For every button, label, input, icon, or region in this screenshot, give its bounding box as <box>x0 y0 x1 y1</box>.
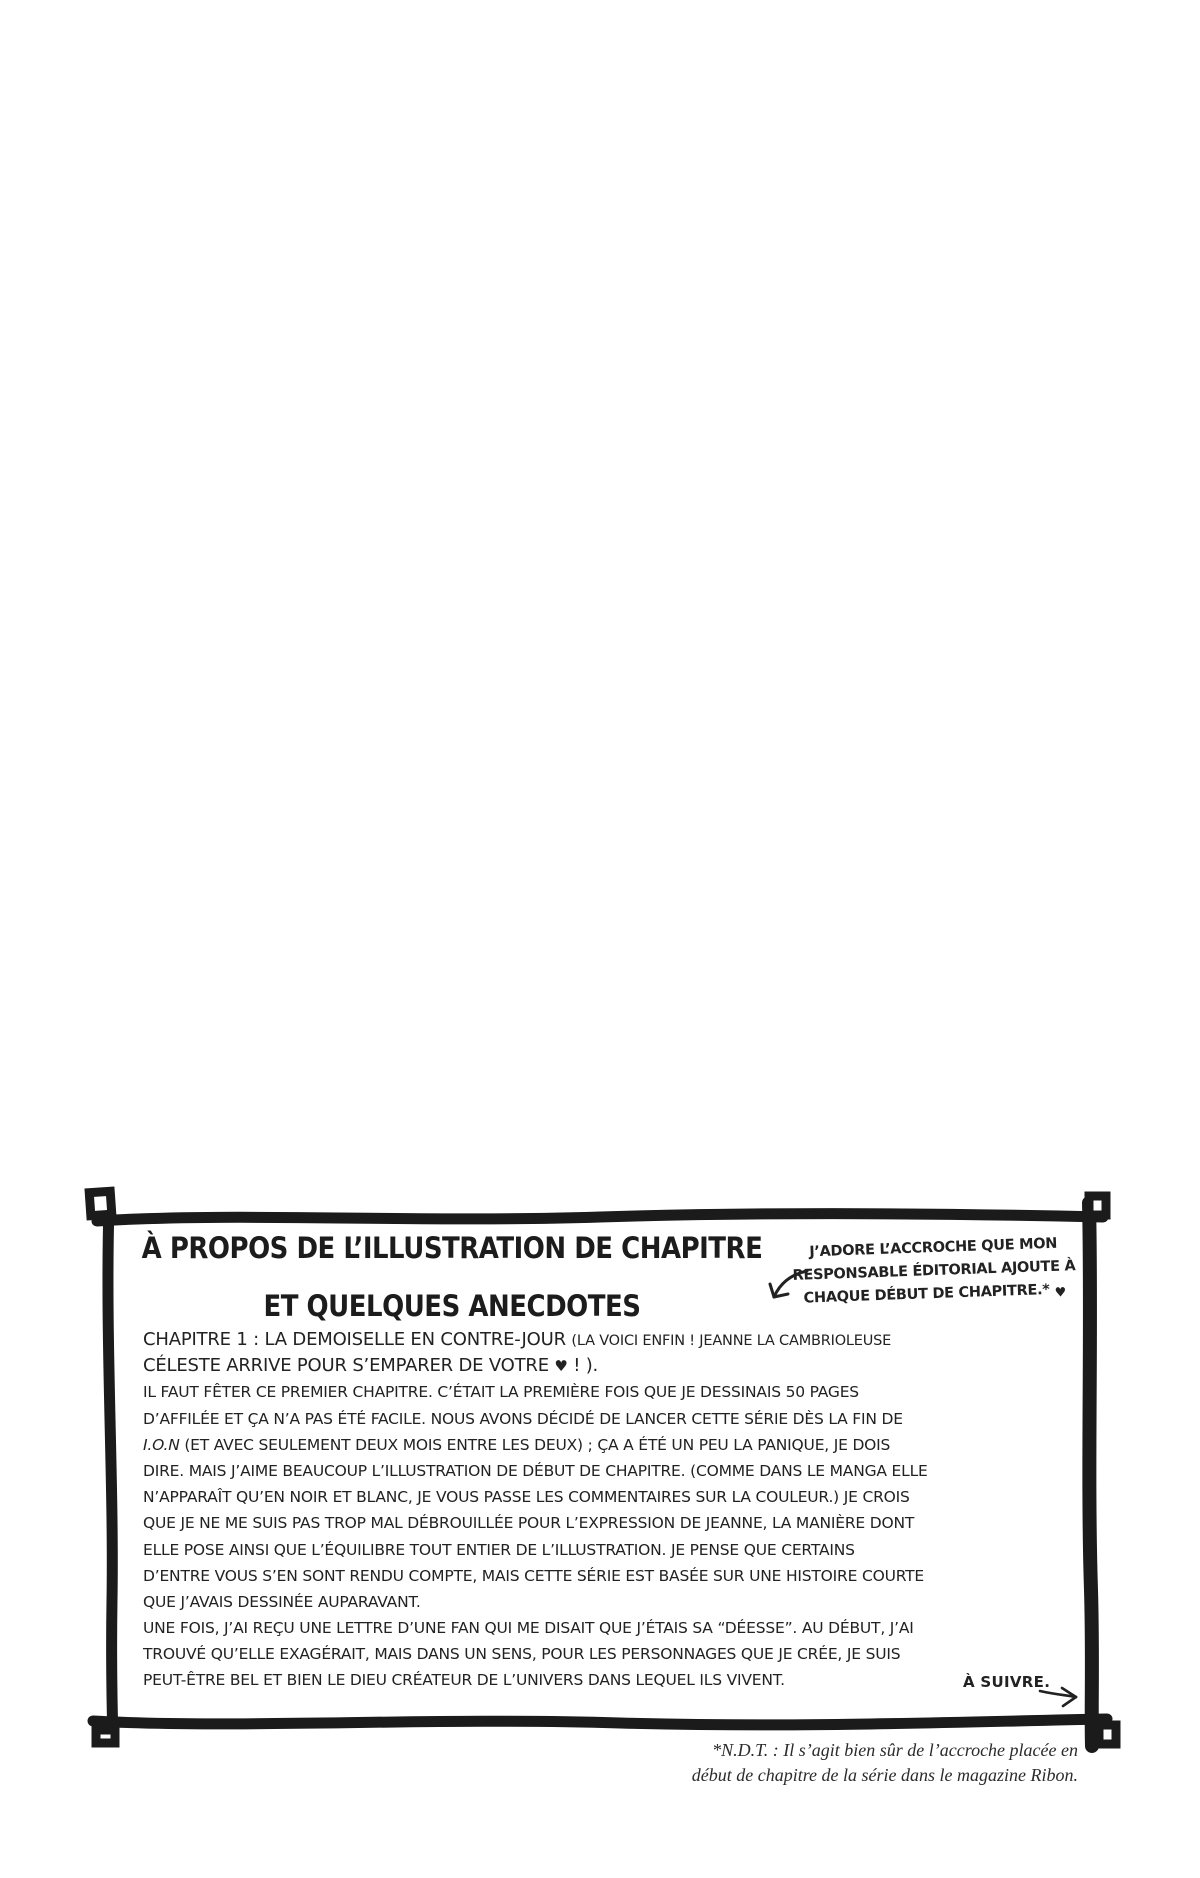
body-text-segment: TROUVÉ QU’ELLE EXAGÉRAIT, MAIS DANS UN S… <box>143 1645 900 1663</box>
body-text-segment: (ET AVEC SEULEMENT DEUX MOIS ENTRE LES D… <box>180 1436 891 1454</box>
body-text: CHAPITRE 1 : LA DEMOISELLE EN CONTRE-JOU… <box>143 1327 928 1694</box>
box-border-left <box>108 1205 113 1742</box>
box-border-bottom <box>93 1719 1107 1725</box>
body-text-segment: IL FAUT FÊTER CE PREMIER CHAPITRE. C’ÉTA… <box>143 1383 859 1401</box>
translator-footnote: *N.D.T. : Il s’agit bien sûr de l’accroc… <box>598 1738 1078 1788</box>
body-text-line: CHAPITRE 1 : LA DEMOISELLE EN CONTRE-JOU… <box>143 1327 928 1353</box>
body-text-segment: (LA VOICI ENFIN ! JEANNE LA CAMBRIOLEUSE <box>571 1333 891 1349</box>
page-title-line-1: À PROPOS DE L’ILLUSTRATION DE CHAPITRE <box>130 1232 774 1266</box>
body-text-segment: D’ENTRE VOUS S’EN SONT RENDU COMPTE, MAI… <box>143 1567 924 1585</box>
nail-top-right-icon <box>1089 1196 1106 1215</box>
body-text-segment: DIRE. MAIS J’AIME BEAUCOUP L’ILLUSTRATIO… <box>143 1462 928 1480</box>
body-text-line: ELLE POSE AINSI QUE L’ÉQUILIBRE TOUT ENT… <box>143 1537 928 1563</box>
body-text-line: CÉLESTE ARRIVE POUR S’EMPARER DE VOTRE ♥… <box>143 1353 928 1379</box>
body-text-segment: CHAPITRE 1 : LA DEMOISELLE EN CONTRE-JOU… <box>143 1329 571 1350</box>
manga-bonus-page: À PROPOS DE L’ILLUSTRATION DE CHAPITRE E… <box>0 0 1200 1878</box>
body-text-line: PEUT-ÊTRE BEL ET BIEN LE DIEU CRÉATEUR D… <box>143 1667 928 1693</box>
body-text-segment: ELLE POSE AINSI QUE L’ÉQUILIBRE TOUT ENT… <box>143 1541 855 1559</box>
to-be-continued-label: À SUIVRE. <box>963 1673 1050 1691</box>
body-text-line: D’AFFILÉE ET ÇA N’A PAS ÉTÉ FACILE. NOUS… <box>143 1406 928 1432</box>
body-text-line: QUE J’AVAIS DESSINÉE AUPARAVANT. <box>143 1589 928 1615</box>
body-text-segment: D’AFFILÉE ET ÇA N’A PAS ÉTÉ FACILE. NOUS… <box>143 1410 903 1428</box>
body-text-segment: I.O.N <box>143 1436 180 1454</box>
box-border-top <box>97 1214 1103 1221</box>
footnote-line-1: *N.D.T. : Il s’agit bien sûr de l’accroc… <box>598 1738 1078 1763</box>
body-text-segment: UNE FOIS, J’AI REÇU UNE LETTRE D’UNE FAN… <box>143 1619 914 1637</box>
body-text-segment: ! ). <box>568 1355 598 1376</box>
body-text-line: UNE FOIS, J’AI REÇU UNE LETTRE D’UNE FAN… <box>143 1615 928 1641</box>
body-text-segment: ♥ <box>554 1357 567 1375</box>
body-text-line: DIRE. MAIS J’AIME BEAUCOUP L’ILLUSTRATIO… <box>143 1458 928 1484</box>
body-text-segment: QUE J’AVAIS DESSINÉE AUPARAVANT. <box>143 1593 421 1611</box>
nail-top-left-icon <box>89 1191 112 1215</box>
editor-side-note: J’ADORE L’ACCROCHE QUE MON RESPONSABLE É… <box>790 1232 1078 1311</box>
body-text-line: TROUVÉ QU’ELLE EXAGÉRAIT, MAIS DANS UN S… <box>143 1641 928 1667</box>
page-title-line-2: ET QUELQUES ANECDOTES <box>130 1290 774 1324</box>
footnote-line-2: début de chapitre de la série dans le ma… <box>598 1763 1078 1788</box>
nail-bottom-left-icon <box>96 1730 115 1743</box>
body-text-segment: PEUT-ÊTRE BEL ET BIEN LE DIEU CRÉATEUR D… <box>143 1671 785 1689</box>
nail-bottom-right-icon <box>1099 1725 1116 1744</box>
body-text-segment: CÉLESTE ARRIVE POUR S’EMPARER DE VOTRE <box>143 1355 554 1376</box>
body-text-line: N’APPARAÎT QU’EN NOIR ET BLANC, JE VOUS … <box>143 1484 928 1510</box>
body-text-line: IL FAUT FÊTER CE PREMIER CHAPITRE. C’ÉTA… <box>143 1379 928 1405</box>
body-text-line: I.O.N (ET AVEC SEULEMENT DEUX MOIS ENTRE… <box>143 1432 928 1458</box>
box-border-right <box>1089 1203 1092 1746</box>
body-text-line: QUE JE NE ME SUIS PAS TROP MAL DÉBROUILL… <box>143 1510 928 1536</box>
body-text-segment: N’APPARAÎT QU’EN NOIR ET BLANC, JE VOUS … <box>143 1488 910 1506</box>
heart-icon: ♥ <box>1054 1285 1066 1300</box>
side-note-text: CHAQUE DÉBUT DE CHAPITRE.* <box>803 1282 1049 1307</box>
body-text-line: D’ENTRE VOUS S’EN SONT RENDU COMPTE, MAI… <box>143 1563 928 1589</box>
body-text-segment: QUE JE NE ME SUIS PAS TROP MAL DÉBROUILL… <box>143 1514 914 1532</box>
